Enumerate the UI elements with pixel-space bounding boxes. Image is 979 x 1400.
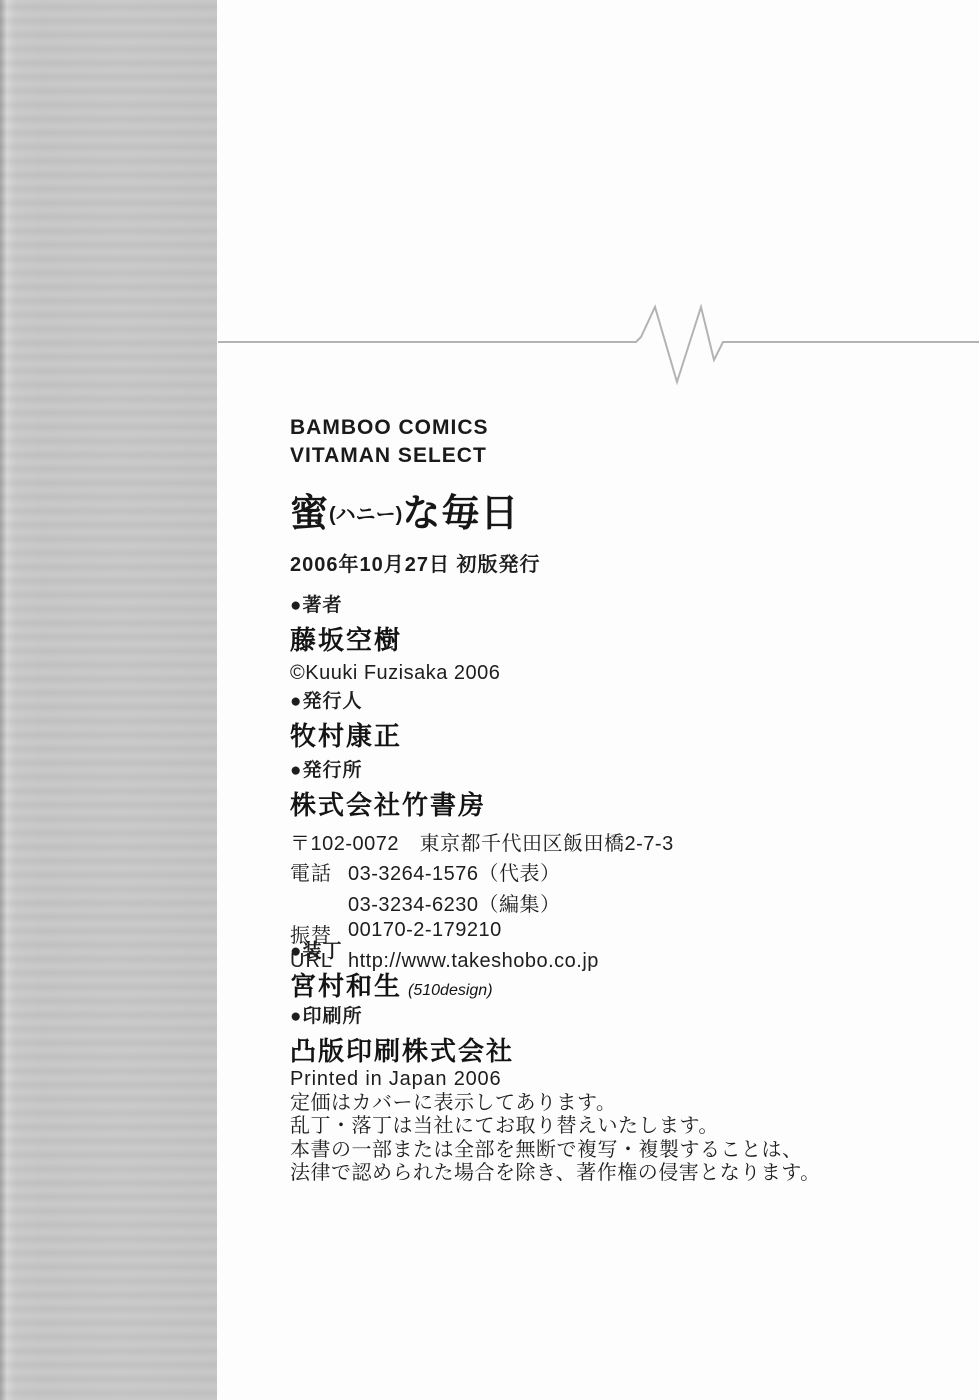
title-main: 蜜 xyxy=(290,493,329,535)
phone2-label xyxy=(290,888,348,919)
section-design: ●装丁 宮村和生(510design) xyxy=(290,936,493,1003)
publisher-address: 〒102-0072 東京都千代田区飯田橋2-7-3 xyxy=(290,827,674,856)
author-label: ●著者 xyxy=(290,590,500,617)
publisher-person-name: 牧村康正 xyxy=(290,716,402,753)
title-furigana: (ハニー) xyxy=(329,504,402,526)
printer-label: ●印刷所 xyxy=(290,1001,514,1028)
section-author: ●著者 藤坂空樹 ©Kuuki Fuzisaka 2006 xyxy=(290,590,500,685)
title-rest: な毎日 xyxy=(402,493,519,535)
publisher-office-label: ●発行所 xyxy=(290,755,674,782)
brand-line-1: BAMBOO COMICS xyxy=(290,414,489,442)
book-title: 蜜(ハニー)な毎日 xyxy=(290,482,519,537)
edition-date: 2006年10月27日 初版発行 xyxy=(290,548,541,577)
notice-line: 本書の一部または全部を無断で複写・複製することは、 xyxy=(290,1139,821,1163)
section-printer: ●印刷所 凸版印刷株式会社 xyxy=(290,1001,514,1068)
design-studio: (510design) xyxy=(408,982,493,999)
notice-line: 乱丁・落丁は当社にてお取り替えいたします。 xyxy=(290,1115,821,1139)
section-publisher-person: ●発行人 牧村康正 xyxy=(290,686,402,753)
brand-line-2: VITAMAN SELECT xyxy=(290,442,489,470)
publisher-person-label: ●発行人 xyxy=(290,686,402,713)
colophon-page: BAMBOO COMICS VITAMAN SELECT 蜜(ハニー)な毎日 2… xyxy=(0,0,979,1400)
designer-name: 宮村和生 xyxy=(290,971,402,1001)
publisher-office-name: 株式会社竹書房 xyxy=(290,785,674,822)
phone2-value: 03-3234-6230（編集） xyxy=(348,888,599,919)
phone1-value: 03-3264-1576（代表） xyxy=(348,857,599,888)
pulse-line-graphic xyxy=(218,300,979,390)
phone-label: 電話 xyxy=(290,857,348,888)
design-label: ●装丁 xyxy=(290,936,493,963)
printed-in-japan: Printed in Japan 2006 xyxy=(290,1068,821,1092)
copyright-line: ©Kuuki Fuzisaka 2006 xyxy=(290,662,500,685)
contact-row-phone1: 電話 03-3264-1576（代表） xyxy=(290,857,599,888)
spine-strip xyxy=(0,0,217,1400)
author-name: 藤坂空樹 xyxy=(290,620,500,657)
notice-line: 定価はカバーに表示してあります。 xyxy=(290,1092,821,1116)
printer-name: 凸版印刷株式会社 xyxy=(290,1031,514,1068)
design-name: 宮村和生(510design) xyxy=(290,966,493,1003)
notice-line: 法律で認められた場合を除き、著作権の侵害となります。 xyxy=(290,1162,821,1186)
imprint-brand: BAMBOO COMICS VITAMAN SELECT xyxy=(290,414,489,470)
contact-row-phone2: 03-3234-6230（編集） xyxy=(290,888,599,919)
footer-notices: Printed in Japan 2006 定価はカバーに表示してあります。 乱… xyxy=(290,1068,821,1186)
